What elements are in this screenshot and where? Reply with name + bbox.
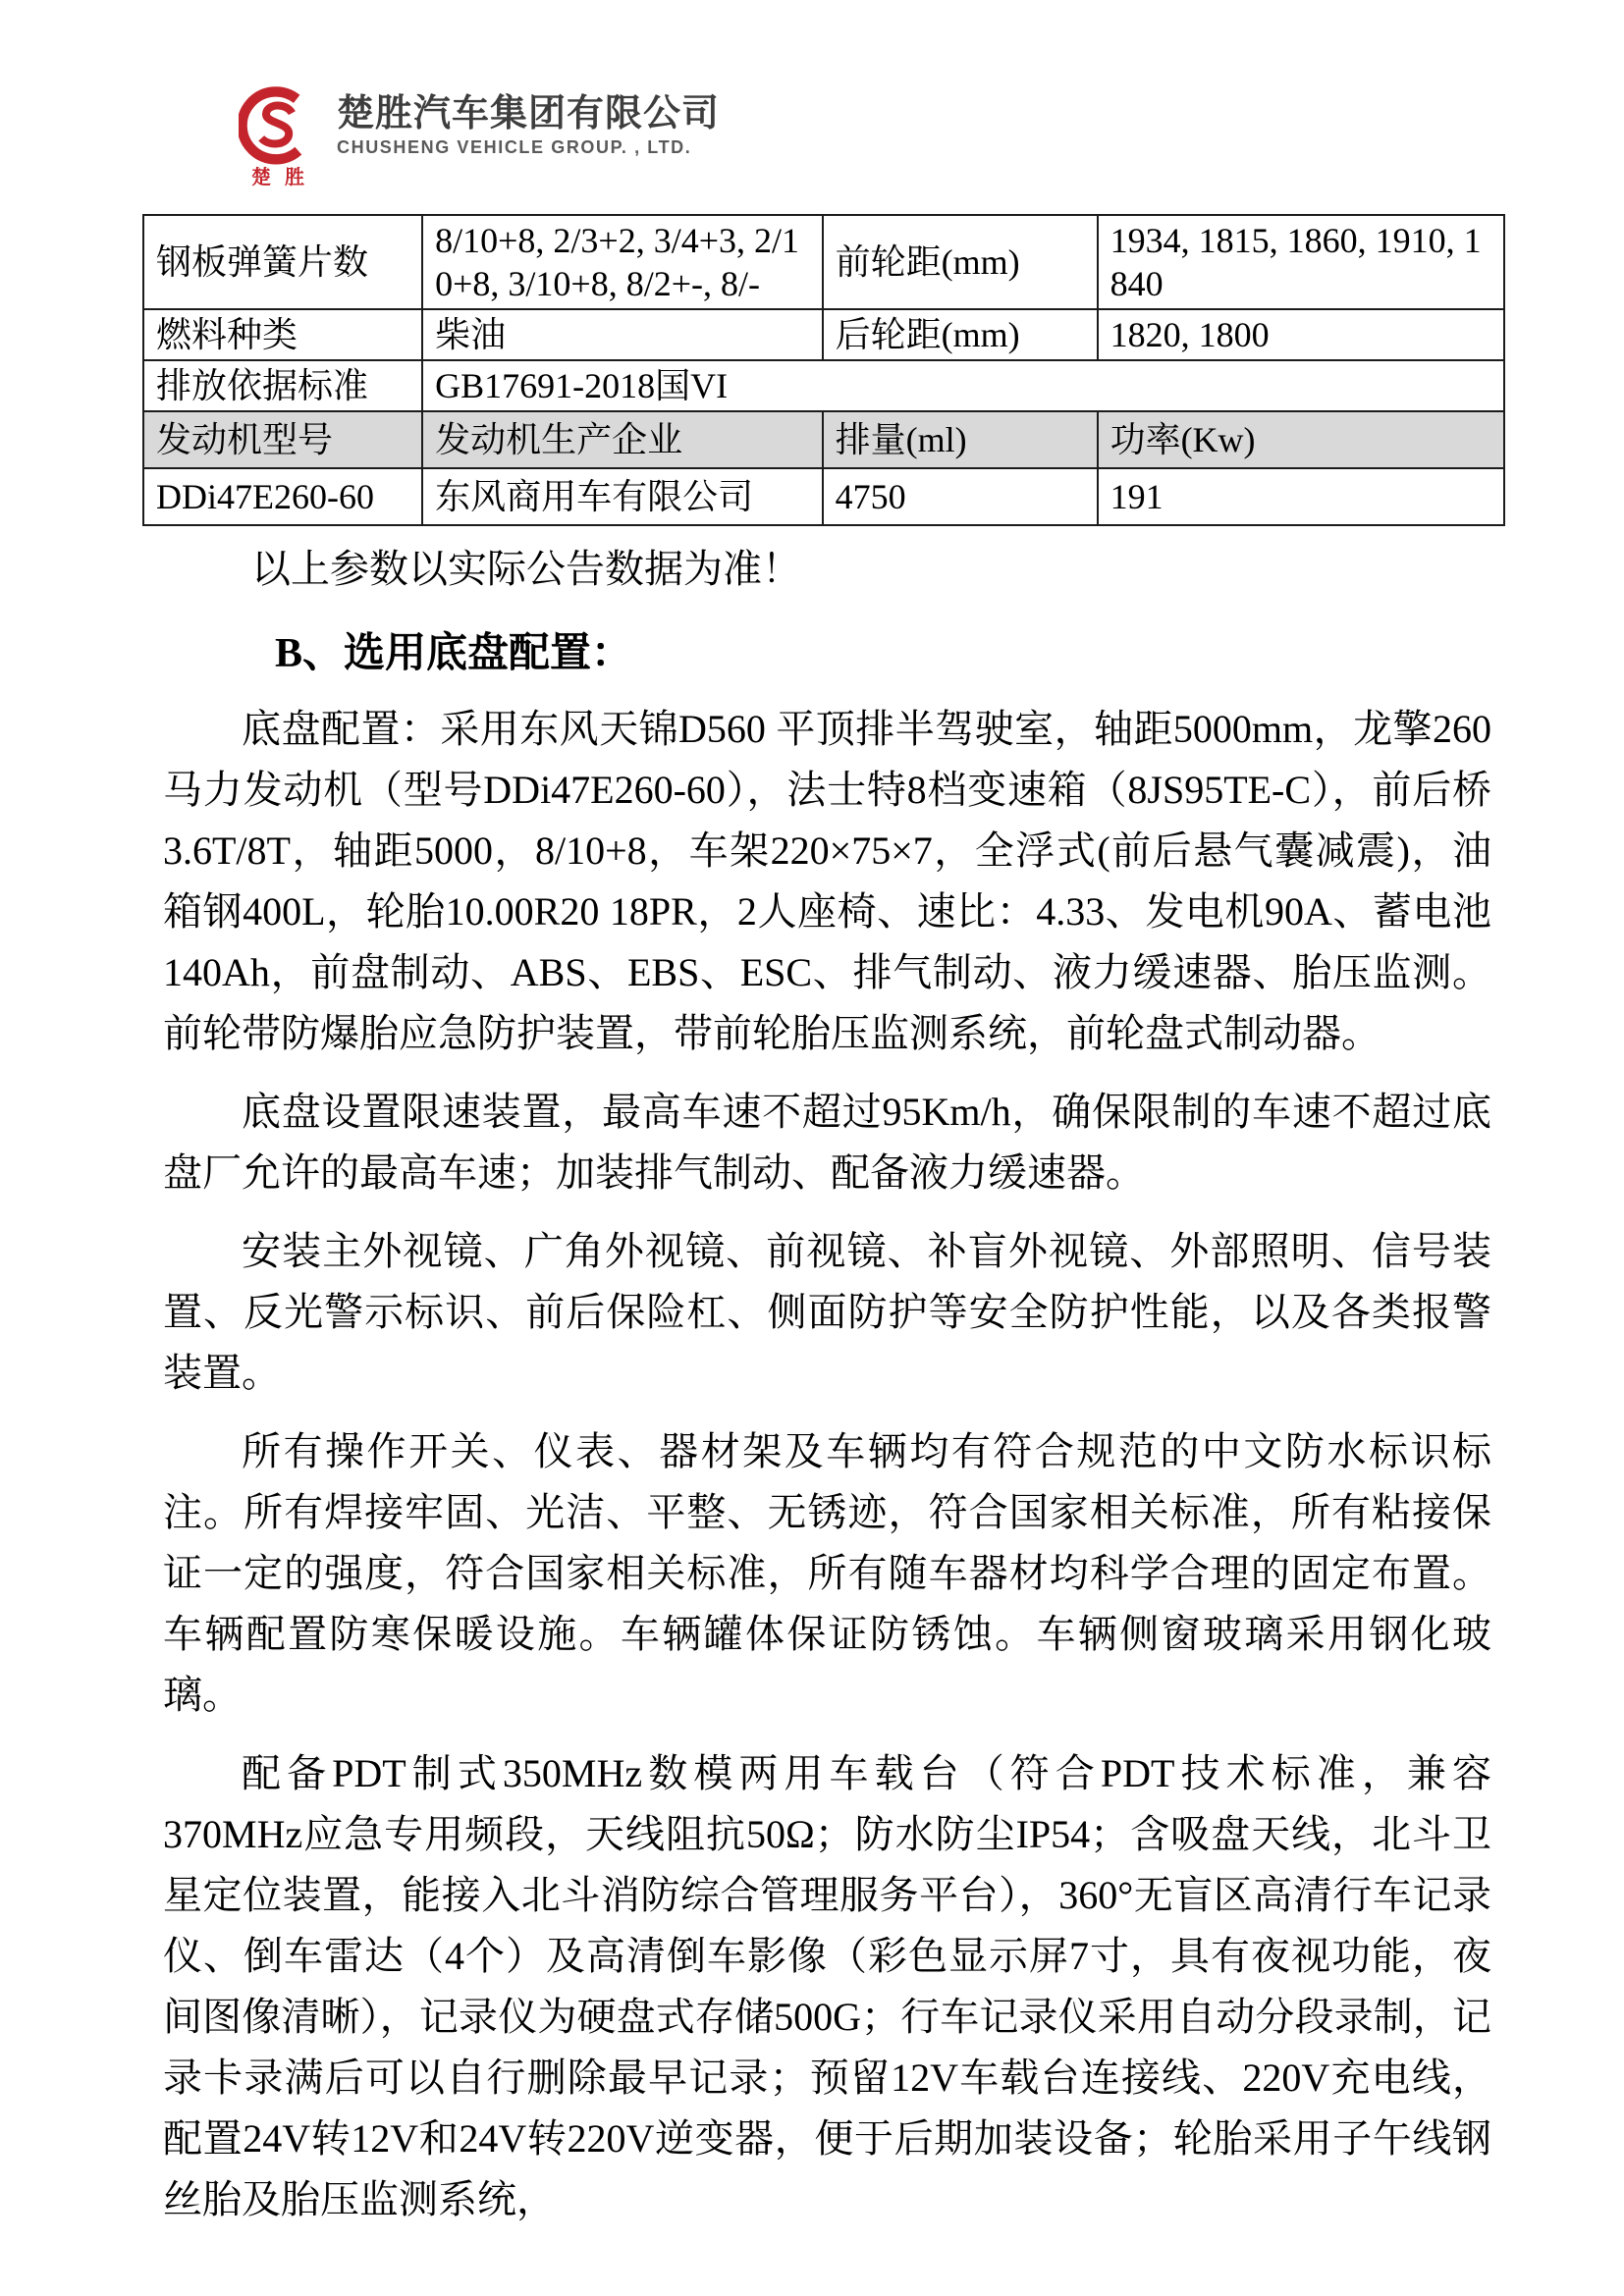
cell-value: 191 (1098, 468, 1504, 525)
paragraph-switches-standards: 所有操作开关、仪表、器材架及车辆均有符合规范的中文防水标识标注。所有焊接牢固、光… (163, 1421, 1491, 1726)
cell-label: 后轮距(mm) (823, 309, 1098, 360)
cell-value: 1934, 1815, 1860, 1910, 1840 (1098, 215, 1504, 309)
section-heading: B、选用底盘配置： (275, 626, 1505, 681)
cell-value: 东风商用车有限公司 (422, 468, 822, 525)
logo-text: 楚胜汽车集团有限公司 CHUSHENG VEHICLE GROUP. , LTD… (337, 86, 720, 159)
logo-mark-icon (239, 86, 317, 165)
cell-value: 柴油 (422, 309, 822, 360)
cell-label: 钢板弹簧片数 (143, 215, 422, 309)
table-row-emission-standard: 排放依据标准 GB17691-2018国VI (143, 360, 1504, 411)
cell-header: 发动机型号 (143, 411, 422, 468)
cell-header: 发动机生产企业 (422, 411, 822, 468)
cell-header: 排量(ml) (823, 411, 1098, 468)
table-row-fuel-type: 燃料种类 柴油 后轮距(mm) 1820, 1800 (143, 309, 1504, 360)
cell-value: 4750 (823, 468, 1098, 525)
cell-value: 8/10+8, 2/3+2, 3/4+3, 2/10+8, 3/10+8, 8/… (422, 215, 822, 309)
table-row-leaf-springs: 钢板弹簧片数 8/10+8, 2/3+2, 3/4+3, 2/10+8, 3/1… (143, 215, 1504, 309)
cell-value: 1820, 1800 (1098, 309, 1504, 360)
cell-label: 前轮距(mm) (823, 215, 1098, 309)
cell-label: 排放依据标准 (143, 360, 422, 411)
paragraph-speed-limit: 底盘设置限速装置，最高车速不超过95Km/h，确保限制的车速不超过底盘厂允许的最… (163, 1082, 1491, 1203)
company-name-cn: 楚胜汽车集团有限公司 (337, 92, 720, 135)
cell-value: DDi47E260-60 (143, 468, 422, 525)
disclaimer-note: 以上参数以实际公告数据为准！ (251, 542, 1505, 597)
company-logo-emblem: 楚胜 (237, 86, 319, 188)
table-row-engine-header: 发动机型号 发动机生产企业 排量(ml) 功率(Kw) (143, 411, 1504, 468)
document-page: 楚胜 楚胜汽车集团有限公司 CHUSHENG VEHICLE GROUP. , … (0, 0, 1624, 2296)
cell-value: GB17691-2018国VI (422, 360, 1504, 411)
table-row-engine-data: DDi47E260-60 东风商用车有限公司 4750 191 (143, 468, 1504, 525)
cell-label: 燃料种类 (143, 309, 422, 360)
logo-emblem-characters: 楚胜 (238, 167, 318, 188)
paragraph-chassis-config: 底盘配置：采用东风天锦D560 平顶排半驾驶室，轴距5000mm，龙擎260马力… (163, 699, 1491, 1064)
company-logo: 楚胜 楚胜汽车集团有限公司 CHUSHENG VEHICLE GROUP. , … (237, 86, 1505, 196)
spec-table: 钢板弹簧片数 8/10+8, 2/3+2, 3/4+3, 2/10+8, 3/1… (142, 214, 1505, 526)
company-name-en: CHUSHENG VEHICLE GROUP. , LTD. (337, 135, 720, 159)
paragraph-pdt-radio-equipment: 配备PDT制式350MHz数模两用车载台（符合PDT技术标准，兼容370MHz应… (163, 1743, 1491, 2230)
cell-header: 功率(Kw) (1098, 411, 1504, 468)
paragraph-mirrors-safety: 安装主外视镜、广角外视镜、前视镜、补盲外视镜、外部照明、信号装置、反光警示标识、… (163, 1221, 1491, 1404)
